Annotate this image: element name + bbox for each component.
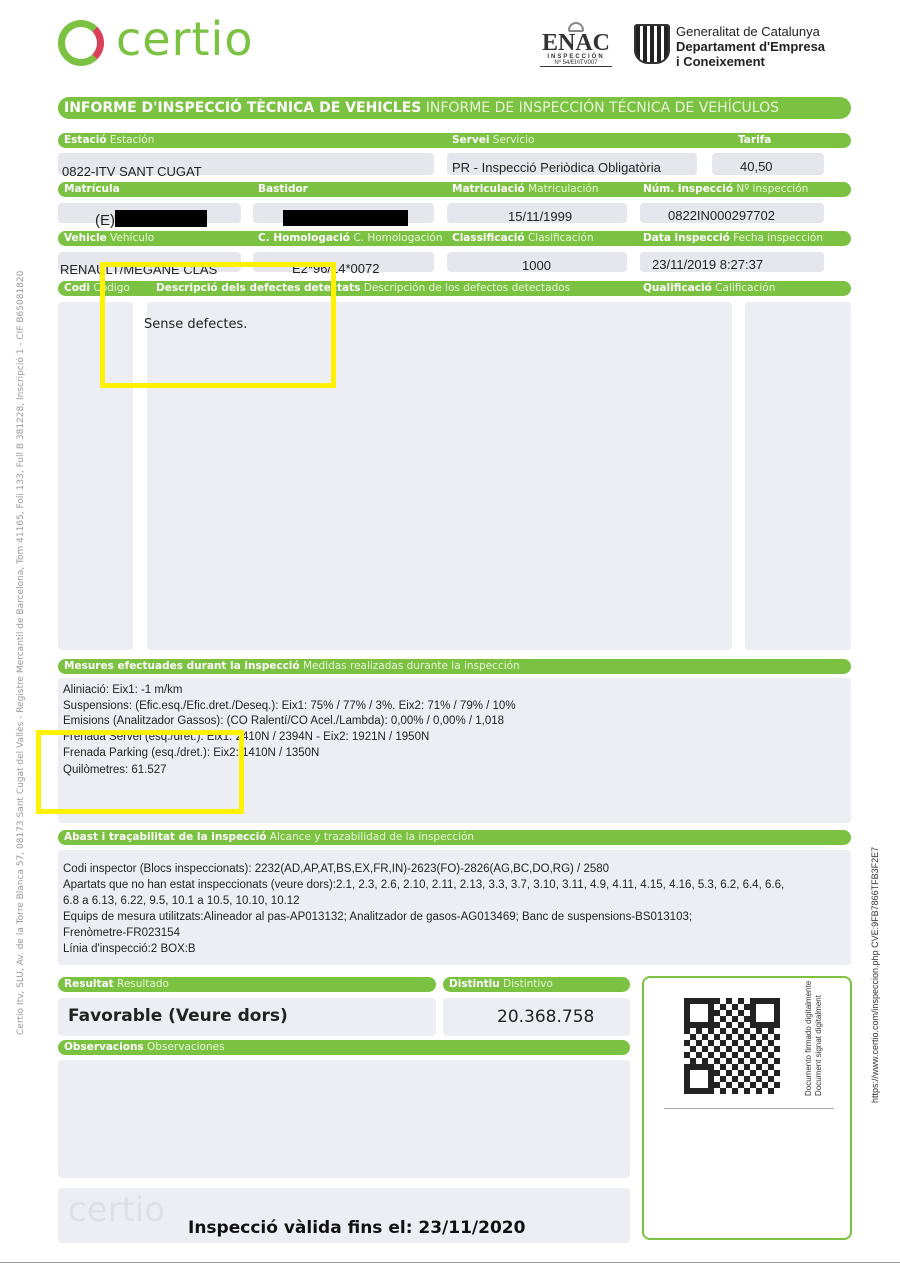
certio-logo: certio — [58, 18, 278, 68]
validity-text: Inspecció vàlida fins el: 23/11/2020 — [188, 1218, 525, 1238]
servei-value: PR - Inspecció Periòdica Obligatòria — [452, 160, 661, 175]
enac-logo: ENAC INSPECCIÓN Nº 54/EI/ITV007 — [540, 22, 612, 74]
ghost-logo: certio — [68, 1190, 165, 1230]
scope-line: Línia d'inspecció:2 BOX:B — [63, 943, 196, 955]
gencat-emblem-icon — [634, 24, 670, 64]
scope-line: Codi inspector (Blocs inspeccionats): 22… — [63, 863, 609, 875]
row3-header: Vehicle Vehículo C. Homologació C. Homol… — [58, 231, 851, 246]
observacions-header: Observacions Observaciones — [58, 1040, 630, 1055]
scope-line: Apartats que no han estat inspeccionats … — [63, 879, 784, 891]
brand-name: certio — [116, 12, 253, 66]
observacions-panel — [58, 1060, 630, 1178]
measure-line: Suspensions: (Efic.esq./Efic.dret./Deseq… — [63, 700, 516, 712]
bastidor-redaction — [283, 210, 408, 226]
page-edge — [0, 1262, 900, 1263]
scope-line: Frenòmetre-FR023154 — [63, 927, 180, 939]
data-inspeccio-value: 23/11/2019 8:27:37 — [652, 257, 763, 272]
qualificacio-panel — [745, 302, 851, 650]
tarifa-value: 40,50 — [740, 159, 773, 174]
company-legal-note: Certio Itv, SLU, Av. de la Torre Blanca … — [16, 271, 26, 1035]
logo-ring-icon — [58, 20, 104, 66]
result-header: Resultat Resultado — [58, 977, 436, 992]
validity-panel: certio Inspecció vàlida fins el: 23/11/2… — [58, 1188, 630, 1243]
qr-code-icon[interactable] — [684, 998, 780, 1094]
classificacio-value: 1000 — [522, 258, 551, 273]
matricula-value: (E) — [95, 212, 115, 229]
row1-header: Estació Estación Servei Servicio Tarifa — [58, 133, 851, 148]
signature-divider — [664, 1108, 834, 1109]
measure-line: Aliniació: Eix1: -1 m/km — [63, 684, 183, 696]
matriculacio-value: 15/11/1999 — [508, 209, 572, 224]
gencat-line3: i Coneixement — [676, 54, 825, 69]
scope-header: Abast i traçabilitat de la inspecció Alc… — [58, 830, 851, 845]
highlight-box-km — [36, 730, 244, 814]
gencat-line2: Departament d'Empresa — [676, 39, 825, 54]
measure-line: Emisions (Analitzador Gassos): (CO Ralen… — [63, 715, 504, 727]
highlight-box-defects — [100, 262, 336, 388]
signed-es: Documento firmado digitalmente — [804, 981, 813, 1096]
result-value: Favorable (Veure dors) — [68, 1006, 288, 1026]
distintiu-value: 20.368.758 — [497, 1007, 594, 1027]
row2-header: Matrícula Bastidor Matriculació Matricul… — [58, 182, 851, 197]
qr-signature-box: Documento firmado digitalmente Document … — [642, 976, 852, 1240]
gencat-logo: Generalitat de Catalunya Departament d'E… — [634, 24, 849, 68]
scope-line: Equips de mesura utilitzats:Alineador al… — [63, 911, 692, 923]
matricula-redaction — [115, 210, 207, 227]
num-inspeccio-value: 0822IN000297702 — [668, 208, 775, 223]
estacio-value: 0822-ITV SANT CUGAT — [62, 164, 202, 179]
measures-header: Mesures efectuades durant la inspecció M… — [58, 659, 851, 674]
scope-line: 6.8 a 6.13, 6.22, 9.5, 10.1 a 10.5, 10.1… — [63, 895, 300, 907]
verification-url[interactable]: https://www.certio.com/inspeccion.php CV… — [870, 847, 880, 1103]
signed-ca: Document signat digitalment — [814, 995, 823, 1096]
distintiu-header: Distintiu Distintivo — [443, 977, 630, 992]
report-title: INFORME D'INSPECCIÓ TÈCNICA DE VEHICLES … — [58, 97, 851, 119]
gencat-line1: Generalitat de Catalunya — [676, 24, 825, 39]
